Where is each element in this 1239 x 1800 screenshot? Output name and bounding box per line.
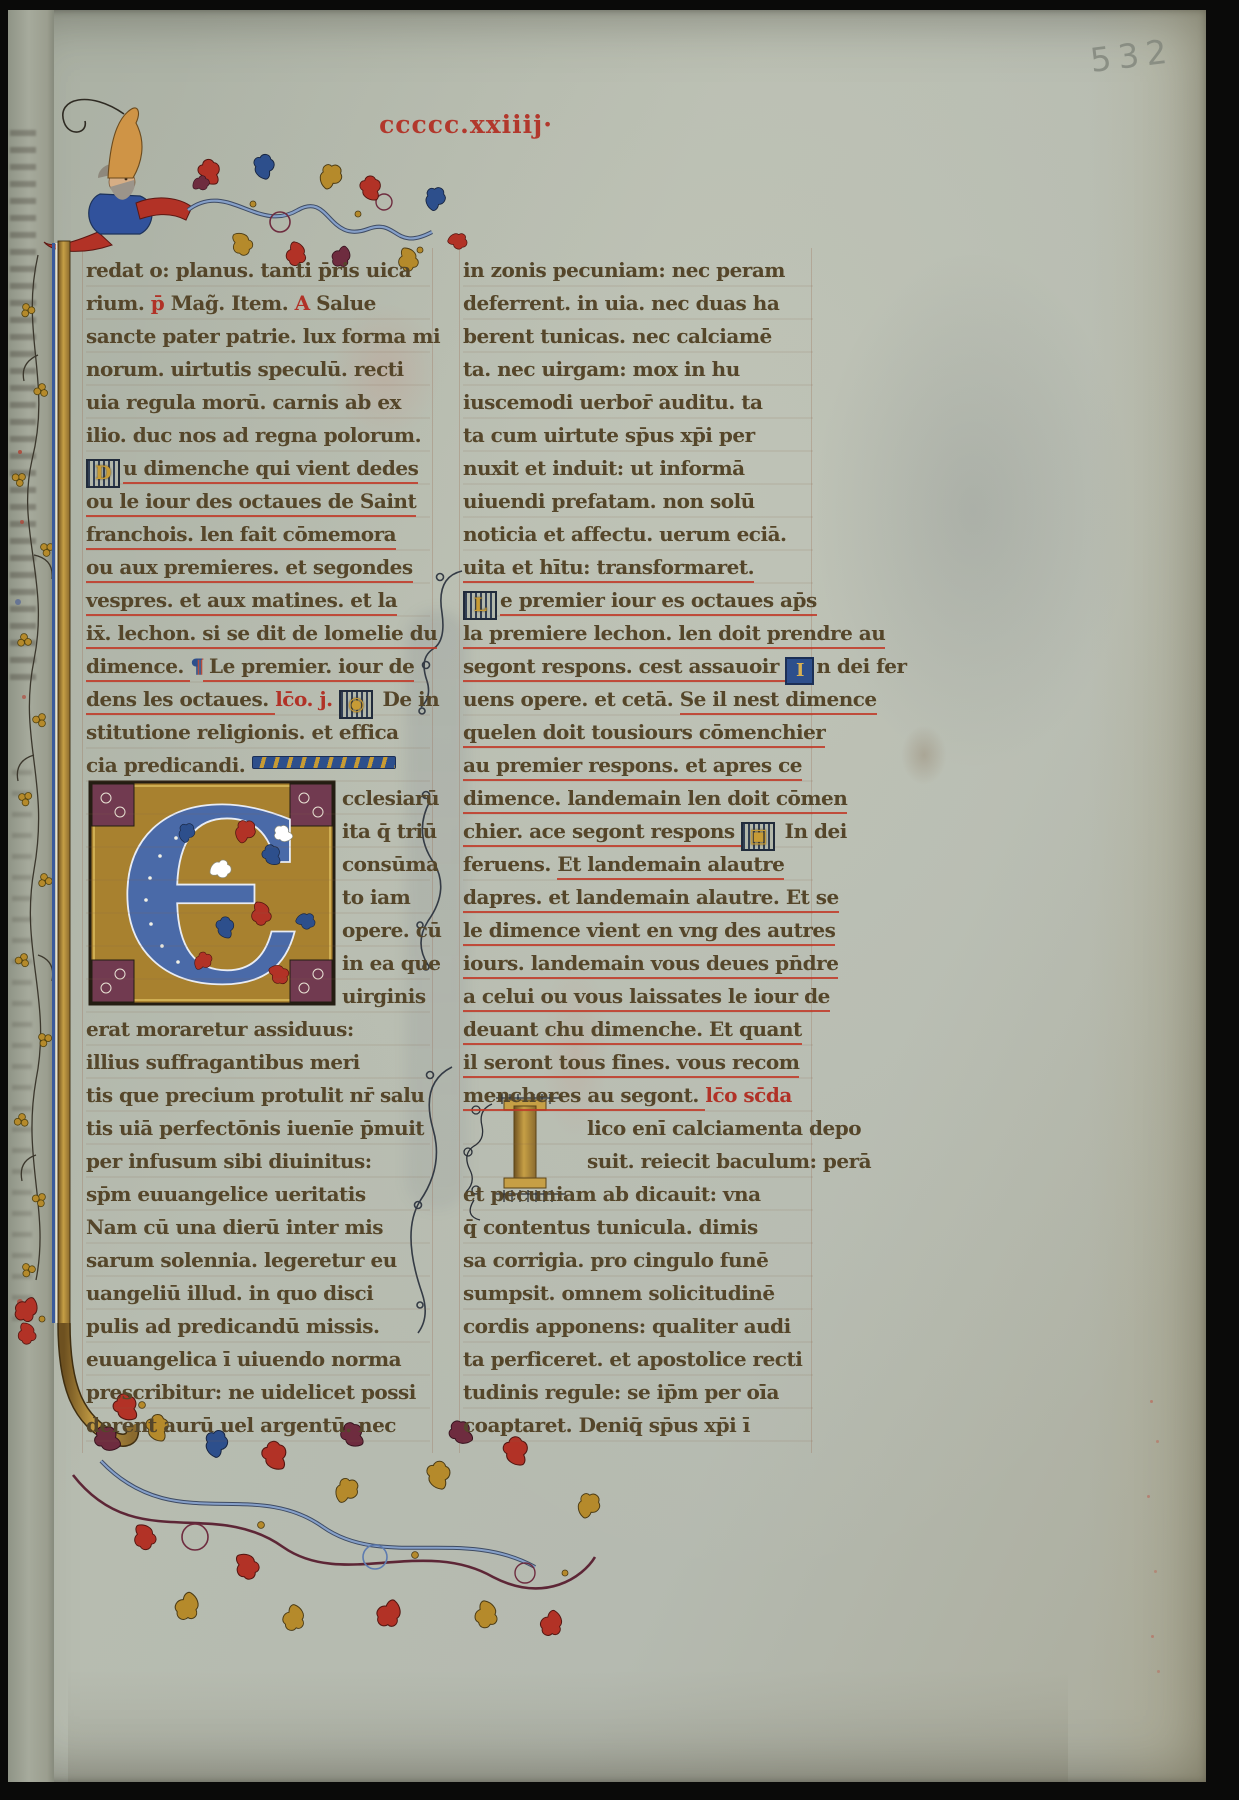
text-line: opere. cū: [86, 914, 430, 947]
text-line: redat o: planus. tanti p̄ris uica: [86, 254, 430, 287]
text-segment: Se il nest dimence: [680, 687, 877, 715]
pencil-folio-number: 532: [1088, 31, 1176, 80]
text-segment: In dei: [778, 819, 847, 843]
text-segment: Le premier. iour de: [203, 654, 415, 682]
text-segment: uangeliū illud. in quo disci: [86, 1281, 373, 1305]
manuscript-photo: ccccc.xxiiij· 532: [0, 0, 1239, 1800]
text-line: uens opere. et cetā. Se il nest dimence: [463, 683, 813, 716]
text-segment: iours. landemain vous deues pn̄dre: [463, 951, 838, 979]
text-segment: erat moraretur assiduus:: [86, 1017, 354, 1041]
text-segment: il seront tous fines. vous recom: [463, 1050, 799, 1078]
text-line: deferrent. in uia. nec duas ha: [463, 287, 813, 320]
inline-gilt-initial: ▣: [741, 822, 775, 851]
text-line: suit. reiecit baculum: perā: [463, 1145, 813, 1178]
text-segment: rium.: [86, 291, 151, 315]
text-line: cordis apponens: qualiter audi: [463, 1310, 813, 1343]
text-line: per infusum sibi diuinitus:: [86, 1145, 430, 1178]
text-line: ta. nec uirgam: mox in hu: [463, 353, 813, 386]
stain: [901, 725, 947, 785]
text-line: lico enī calciamenta depo: [463, 1112, 813, 1145]
text-line: in ea que: [86, 947, 430, 980]
vine-stem: [188, 194, 432, 238]
text-segment: segont respons. cest assauoir: [463, 654, 785, 682]
text-segment: tis que precium protulit nr̄ salu: [86, 1083, 424, 1107]
text-segment: Nam cū una dierū inter mis: [86, 1215, 383, 1239]
text-line: il seront tous fines. vous recom: [463, 1046, 813, 1079]
text-segment: feruens.: [463, 852, 557, 876]
text-segment: nuxit et induit: ut informā: [463, 456, 745, 480]
bottom-border-vine: [43, 1405, 603, 1685]
text-segment: stitutione religionis. et effica: [86, 720, 399, 744]
text-segment: n dei fer: [816, 654, 906, 678]
text-segment: lico enī calciamenta depo: [587, 1116, 861, 1140]
text-segment: e premier iour es octaues ap̄s: [500, 588, 817, 616]
text-segment: cordis apponens: qualiter audi: [463, 1314, 791, 1338]
text-segment: suit. reiecit baculum: perā: [587, 1149, 871, 1173]
text-line: erat moraretur assiduus:: [86, 1013, 430, 1046]
text-line: dapres. et landemain alautre. Et se: [463, 881, 813, 914]
edge-discoloration: [1088, 10, 1206, 1782]
margin-penwork: [17, 255, 52, 1280]
text-line: ou aux premieres. et segondes: [86, 551, 430, 584]
text-segment: uita et hītu: transformaret.: [463, 555, 754, 583]
text-line: vespres. et aux matines. et la: [86, 584, 430, 617]
text-segment: to iam: [342, 885, 410, 909]
text-line: noticia et affectu. uerum eciā.: [463, 518, 813, 551]
text-segment: ou le iour des octaues de Saint: [86, 489, 416, 517]
text-line: ix̄. lechon. si se dit de lomelie du: [86, 617, 430, 650]
text-line: uangeliū illud. in quo disci: [86, 1277, 430, 1310]
text-line: et pecuniam ab dicauit: vna: [463, 1178, 813, 1211]
text-line: chier. ace segont respons ▣ In dei: [463, 815, 813, 848]
text-segment: cia predicandi.: [86, 753, 252, 777]
text-line: sumpsit. omnem solicitudinē: [463, 1277, 813, 1310]
text-segment: tis uiā perfectōnis iuenīe p̄muit: [86, 1116, 424, 1140]
text-segment: mencheres au segont.: [463, 1083, 705, 1111]
text-segment: q̄ contentus tunicula. dimis: [463, 1215, 758, 1239]
text-line: ou le iour des octaues de Saint: [86, 485, 430, 518]
text-segment: deferrent. in uia. nec duas ha: [463, 291, 779, 315]
text-line: dimence. ¶ Le premier. iour de: [86, 650, 430, 683]
text-segment: sa corrigia. pro cingulo funē: [463, 1248, 768, 1272]
text-segment: redat o: planus. tanti p̄ris uica: [86, 258, 411, 282]
text-segment: la premiere lechon. len doit prendre au: [463, 621, 885, 649]
text-line: segont respons. cest assauoir In dei fer: [463, 650, 813, 683]
text-column-left: redat o: planus. tanti p̄ris uicarium. p…: [86, 254, 430, 1442]
text-segment: dimence.: [86, 654, 190, 682]
text-segment: Mag̃. Item.: [171, 291, 295, 315]
text-segment: deuant chu dimenche. Et quant: [463, 1017, 802, 1045]
text-segment: berent tunicas. nec calciamē: [463, 324, 772, 348]
text-line: tudinis regule: se ip̄m per oīa: [463, 1376, 813, 1409]
text-segment: ta cum uirtute sp̄us xp̄i per: [463, 423, 755, 447]
text-line: franchois. len fait cōmemora: [86, 518, 430, 551]
text-line: pulis ad predicandū missis.: [86, 1310, 430, 1343]
text-segment: dens les octaues.: [86, 687, 275, 715]
text-line: q̄ contentus tunicula. dimis: [463, 1211, 813, 1244]
text-segment: uiuendi prefatam. non solū: [463, 489, 755, 513]
text-line: cia predicandi.: [86, 749, 430, 782]
text-line: iuscemodi uerbor̄ auditu. ta: [463, 386, 813, 419]
text-line: euuangelica ī uiuendo norma: [86, 1343, 430, 1376]
rubric-red-text: lc̄o sc̄da: [705, 1083, 791, 1107]
vine-stems: [73, 1461, 595, 1588]
text-segment: Salue: [316, 291, 376, 315]
text-line: stitutione religionis. et effica: [86, 716, 430, 749]
text-segment: u dimenche qui vient dedes: [123, 456, 418, 484]
text-segment: De in: [376, 687, 439, 711]
text-segment: a celui ou vous laissates le iour de: [463, 984, 830, 1012]
text-line: coaptaret. Deniq̄ sp̄us xp̄i ī: [463, 1409, 813, 1442]
text-segment: prescribitur: ne uidelicet possi: [86, 1380, 416, 1404]
text-line: illius suffragantibus meri: [86, 1046, 430, 1079]
inline-gilt-initial: D: [86, 459, 120, 488]
text-segment: dimence. landemain len doit cōmen: [463, 786, 847, 814]
text-line: cclesiarū: [86, 782, 430, 815]
text-segment: pulis ad predicandū missis.: [86, 1314, 379, 1338]
text-segment: le dimence vient en vng des autres: [463, 918, 835, 946]
text-line: tis que precium protulit nr̄ salu: [86, 1079, 430, 1112]
text-line: iours. landemain vous deues pn̄dre: [463, 947, 813, 980]
parchment-page: ccccc.xxiiij· 532: [8, 10, 1206, 1782]
text-line: Le premier iour es octaues ap̄s: [463, 584, 813, 617]
text-segment: ta. nec uirgam: mox in hu: [463, 357, 740, 381]
text-segment: au premier respons. et apres ce: [463, 753, 802, 781]
text-line: prescribitur: ne uidelicet possi: [86, 1376, 430, 1409]
text-line: to iam: [86, 881, 430, 914]
text-segment: sarum solennia. legeretur eu: [86, 1248, 397, 1272]
text-line: a celui ou vous laissates le iour de: [463, 980, 813, 1013]
rubric-red-text: p̄: [151, 291, 171, 315]
text-line: dens les octaues. lc̄o. j. ◉ De in: [86, 683, 430, 716]
text-line: deuant chu dimenche. Et quant: [463, 1013, 813, 1046]
text-line: feruens. Et landemain alautre: [463, 848, 813, 881]
text-segment: uirginis: [342, 984, 426, 1008]
text-line: nuxit et induit: ut informā: [463, 452, 813, 485]
text-line: derent aurū uel argentū. nec: [86, 1409, 430, 1442]
pigment-specks: [1150, 1400, 1153, 1403]
rubric-red-text: lc̄o. j.: [275, 687, 339, 711]
text-line: uirginis: [86, 980, 430, 1013]
text-line: uita et hītu: transformaret.: [463, 551, 813, 584]
inline-gilt-initial: L: [463, 591, 497, 620]
text-segment: uens opere. et cetā.: [463, 687, 680, 711]
text-segment: chier. ace segont respons: [463, 819, 741, 847]
text-line: ilio. duc nos ad regna polorum.: [86, 419, 430, 452]
inline-gilt-initial: I: [785, 657, 814, 685]
text-segment: tudinis regule: se ip̄m per oīa: [463, 1380, 779, 1404]
text-segment: per infusum sibi diuinitus:: [86, 1149, 372, 1173]
text-segment: in ea que: [342, 951, 441, 975]
text-segment: euuangelica ī uiuendo norma: [86, 1347, 401, 1371]
text-line: ta cum uirtute sp̄us xp̄i per: [463, 419, 813, 452]
text-line: ita q̄ triū: [86, 815, 430, 848]
inline-gilt-initial: ◉: [339, 690, 373, 719]
text-line: norum. uirtutis speculū. recti: [86, 353, 430, 386]
text-segment: derent aurū uel argentū. nec: [86, 1413, 396, 1437]
text-segment: coaptaret. Deniq̄ sp̄us xp̄i ī: [463, 1413, 750, 1437]
text-segment: sumpsit. omnem solicitudinē: [463, 1281, 775, 1305]
text-segment: ix̄. lechon. si se dit de lomelie du: [86, 621, 437, 649]
text-segment: iuscemodi uerbor̄ auditu. ta: [463, 390, 762, 414]
text-line: uiuendi prefatam. non solū: [463, 485, 813, 518]
text-segment: ita q̄ triū: [342, 819, 437, 843]
text-segment: opere. cū: [342, 918, 441, 942]
text-line: la premiere lechon. len doit prendre au: [463, 617, 813, 650]
text-line: berent tunicas. nec calciamē: [463, 320, 813, 353]
text-line: au premier respons. et apres ce: [463, 749, 813, 782]
text-line: in zonis pecuniam: nec peram: [463, 254, 813, 287]
text-segment: quelen doit tousiours cōmenchier: [463, 720, 825, 748]
text-segment: illius suffragantibus meri: [86, 1050, 360, 1074]
text-segment: in zonis pecuniam: nec peram: [463, 258, 785, 282]
rubric-red-text: A: [295, 291, 316, 315]
text-line: Du dimenche qui vient dedes: [86, 452, 430, 485]
text-column-right: in zonis pecuniam: nec peramdeferrent. i…: [463, 254, 813, 1442]
vine-leaves: [91, 1412, 603, 1638]
text-segment: Et landemain alautre: [557, 852, 784, 880]
text-segment: consūma: [342, 852, 438, 876]
text-segment: cclesiarū: [342, 786, 439, 810]
text-segment: et pecuniam ab dicauit: vna: [463, 1182, 761, 1206]
text-segment: ou aux premieres. et segondes: [86, 555, 413, 583]
text-segment: norum. uirtutis speculū. recti: [86, 357, 404, 381]
text-line: uia regula morū. carnis ab ex: [86, 386, 430, 419]
text-segment: noticia et affectu. uerum eciā.: [463, 522, 787, 546]
text-line: le dimence vient en vng des autres: [463, 914, 813, 947]
pilcrow-mark: ¶: [190, 654, 202, 678]
text-line: consūma: [86, 848, 430, 881]
text-line: ta perficeret. et apostolice recti: [463, 1343, 813, 1376]
text-segment: uia regula morū. carnis ab ex: [86, 390, 401, 414]
text-segment: sancte pater patrie. lux forma mi: [86, 324, 440, 348]
text-line: dimence. landemain len doit cōmen: [463, 782, 813, 815]
text-segment: dapres. et landemain alautre. Et se: [463, 885, 839, 913]
text-segment: vespres. et aux matines. et la: [86, 588, 397, 616]
text-line: tis uiā perfectōnis iuenīe p̄muit: [86, 1112, 430, 1145]
text-segment: sp̄m euuangelice ueritatis: [86, 1182, 366, 1206]
text-line: rium. p̄ Mag̃. Item. A Salue: [86, 287, 430, 320]
line-filler-ornament: [252, 756, 396, 769]
text-line: sp̄m euuangelice ueritatis: [86, 1178, 430, 1211]
text-segment: ta perficeret. et apostolice recti: [463, 1347, 802, 1371]
pen-flourish: [63, 100, 124, 133]
text-line: mencheres au segont. lc̄o sc̄da: [463, 1079, 813, 1112]
text-line: sa corrigia. pro cingulo funē: [463, 1244, 813, 1277]
text-line: sarum solennia. legeretur eu: [86, 1244, 430, 1277]
text-line: sancte pater patrie. lux forma mi: [86, 320, 430, 353]
text-segment: franchois. len fait cōmemora: [86, 522, 396, 550]
text-line: Nam cū una dierū inter mis: [86, 1211, 430, 1244]
text-line: quelen doit tousiours cōmenchier: [463, 716, 813, 749]
bottom-shading: [68, 1670, 1068, 1782]
text-segment: ilio. duc nos ad regna polorum.: [86, 423, 421, 447]
